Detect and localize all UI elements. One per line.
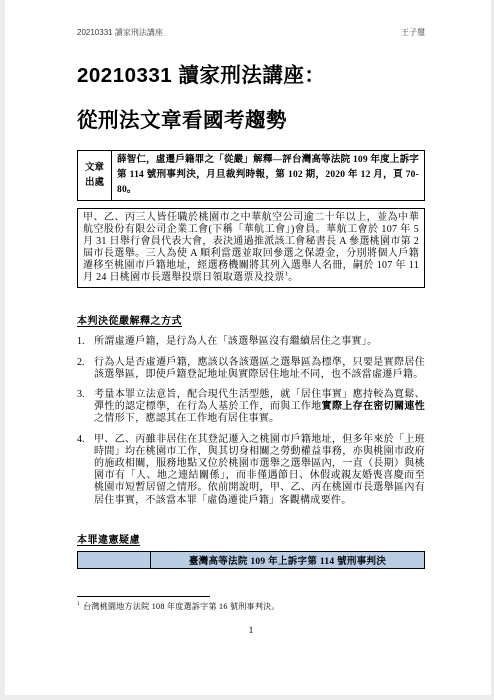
source-label-line2: 出處 [83,176,106,191]
list-item-number: 4. [77,434,94,507]
header-author: 王子璽 [401,27,425,38]
document-page: 20210331 讀家刑法講座 王子璽 20210331 讀家刑法講座： 從刑法… [5,0,491,695]
list-item: 3. 考量本罪立法意旨，配合現代生活型態，就「居住事實」應持較為寬鬆、彈性的認定… [77,389,425,426]
section1-heading: 本判決從嚴解釋之方式 [77,312,425,327]
case-facts-box: 甲、乙、丙三人皆任職於桃園市之中華航空公司逾二十年以上，並為中華航空股份有限公司… [77,208,425,288]
footnote-area: 1台灣桃園地方法院 108 年度選訴字第 16 號刑事判決。 [77,596,425,612]
case-facts-text: 甲、乙、丙三人皆任職於桃園市之中華航空公司逾二十年以上，並為中華航空股份有限公司… [83,212,419,283]
table-row: 臺灣高等法院 109 年上訴字第 114 號刑事判決 [78,551,425,568]
source-content-cell: 薛智仁，虛遷戶籍罪之「從嚴」解釋—評台灣高等法院 109 年度上訴字第 114 … [112,151,425,201]
verdict-title-cell: 臺灣高等法院 109 年上訴字第 114 號刑事判決 [151,551,425,568]
list-item-text: 甲、乙、丙雖非居住在其登記遷入之桃園市戶籍地址，但多年來於「上班時間」均在桃園市… [94,434,425,507]
section2-heading: 本罪違憲疑慮 [77,531,425,546]
header-doc-title: 20210331 讀家刑法講座 [77,27,163,38]
list-item: 4. 甲、乙、丙雖非居住在其登記遷入之桃園市戶籍地址，但多年來於「上班時間」均在… [77,434,425,507]
footnote-separator [77,596,210,597]
page-number: 1 [77,626,425,636]
list-item-text: 所謂虛遷戶籍，是行為人在「該選舉區沒有繼續居住之事實」。 [94,336,425,348]
interpretation-list: 1. 所謂虛遷戶籍，是行為人在「該選舉區沒有繼續居住之事實」。 2. 行為人是否… [77,336,425,506]
source-label-cell: 文章 出處 [78,151,112,201]
footnote-content: 台灣桃園地方法院 108 年度選訴字第 16 號刑事判決。 [83,602,280,611]
verdict-empty-cell [78,551,151,568]
page-title-line2: 從刑法文章看國考趨勢 [77,108,425,134]
list-item-number: 1. [77,336,94,348]
list-item-text-bold: 實際上存在密切關連性 [322,401,425,412]
footnote-text: 1台灣桃園地方法院 108 年度選訴字第 16 號刑事判決。 [77,601,425,612]
list-item-text-post: 之情形下，應認其在工作地有居住事實。 [94,413,279,424]
list-item-number: 3. [77,389,94,426]
page-title: 20210331 讀家刑法講座： 從刑法文章看國考趨勢 [77,63,425,134]
article-source-table: 文章 出處 薛智仁，虛遷戶籍罪之「從嚴」解釋—評台灣高等法院 109 年度上訴字… [77,150,425,201]
list-item-text: 行為人是否虛遷戶籍，應該以各該選區之選舉區為標準，只要是實際居住該選舉區，即使戶… [94,357,425,381]
footnote-number: 1 [77,601,80,607]
list-item-number: 2. [77,357,94,381]
running-header: 20210331 讀家刑法講座 王子璽 [77,27,425,38]
list-item-text: 考量本罪立法意旨，配合現代生活型態，就「居住事實」應持較為寬鬆、彈性的認定標準，… [94,389,425,426]
list-item: 1. 所謂虛遷戶籍，是行為人在「該選舉區沒有繼續居住之事實」。 [77,336,425,348]
list-item: 2. 行為人是否虛遷戶籍，應該以各該選區之選舉區為標準，只要是實際居住該選舉區，… [77,357,425,381]
verdict-table: 臺灣高等法院 109 年上訴字第 114 號刑事判決 [77,551,425,569]
source-label-line1: 文章 [83,161,106,176]
table-row: 文章 出處 薛智仁，虛遷戶籍罪之「從嚴」解釋—評台灣高等法院 109 年度上訴字… [78,151,425,201]
page-title-line1: 20210331 讀家刑法講座： [77,63,425,89]
case-facts-closing: 。 [288,272,298,283]
